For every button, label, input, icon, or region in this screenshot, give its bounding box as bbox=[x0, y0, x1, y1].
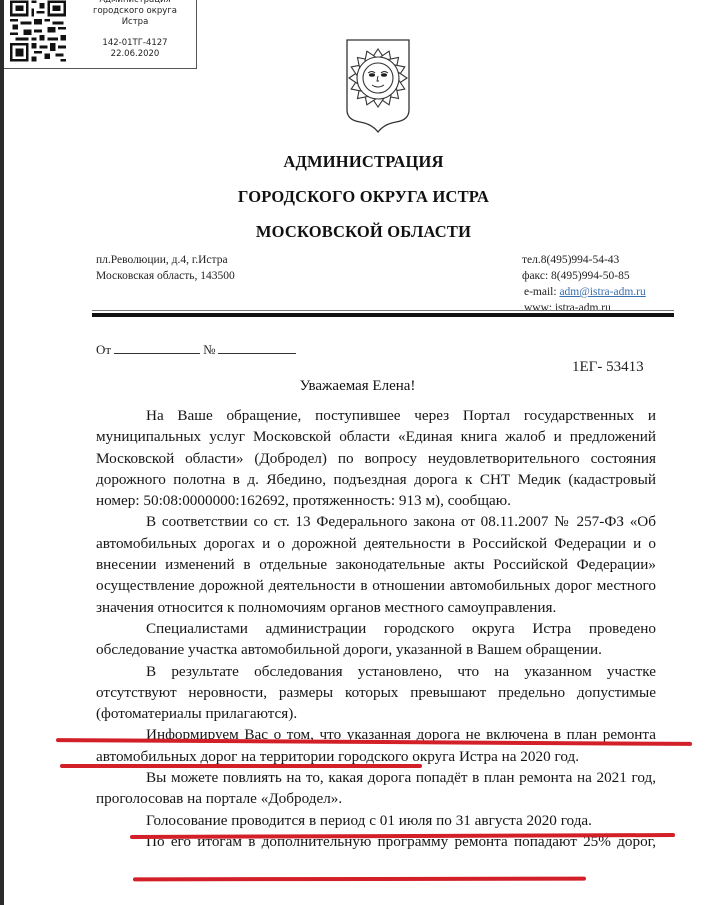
fax: факс: 8(495)994-50-85 bbox=[522, 268, 646, 284]
email-link[interactable]: adm@istra-adm.ru bbox=[559, 286, 645, 298]
address-line-2: Московская область, 143500 bbox=[96, 268, 235, 284]
phone: тел.8(495)994-54-43 bbox=[522, 252, 646, 268]
paragraph: На Ваше обращение, поступившее через Пор… bbox=[96, 405, 656, 511]
header-divider-thin bbox=[92, 310, 674, 311]
from-label: От bbox=[96, 342, 111, 357]
highlight-underline bbox=[133, 877, 586, 882]
email-label: e-mail: bbox=[524, 286, 559, 298]
org-title-line-1: АДМИНИСТРАЦИЯ bbox=[6, 152, 715, 172]
date-blank bbox=[114, 342, 200, 354]
header-divider bbox=[92, 313, 674, 317]
postal-address: пл.Революции, д.4, г.Истра Московская об… bbox=[96, 252, 235, 284]
contacts-block: тел.8(495)994-54-43 факс: 8(495)994-50-8… bbox=[522, 252, 646, 316]
scan-edge bbox=[0, 0, 4, 905]
greeting: Уважаемая Елена! bbox=[0, 378, 715, 395]
paragraph: В результате обследования установлено, ч… bbox=[96, 661, 656, 725]
org-title-line-3: МОСКОВСКОЙ ОБЛАСТИ bbox=[6, 222, 715, 242]
email-row: e-mail: adm@istra-adm.ru bbox=[522, 284, 646, 300]
address-line-1: пл.Революции, д.4, г.Истра bbox=[96, 252, 235, 268]
qr-code-icon bbox=[10, 0, 66, 62]
highlight-underline bbox=[60, 764, 422, 768]
coat-of-arms-icon bbox=[344, 36, 412, 136]
number-blank bbox=[218, 342, 296, 354]
org-title-line-2: ГОРОДСКОГО ОКРУГА ИСТРА bbox=[6, 187, 715, 207]
stamp-org-line: Истра bbox=[76, 17, 194, 28]
registration-stamp: Администрация городского округа Истра 14… bbox=[4, 0, 197, 69]
outgoing-ref-line: От№ bbox=[96, 342, 299, 358]
stamp-number: 142-01ТГ-4127 bbox=[76, 38, 194, 49]
paragraph: Голосование проводится в период с 01 июл… bbox=[96, 810, 656, 831]
stamp-org-line: городского округа bbox=[76, 6, 194, 17]
stamp-text: Администрация городского округа Истра 14… bbox=[76, 0, 194, 60]
paragraph: В соответствии со ст. 13 Федерального за… bbox=[96, 511, 656, 617]
stamp-date: 22.06.2020 bbox=[76, 49, 194, 60]
paragraph: Вы можете повлиять на то, какая дорога п… bbox=[96, 767, 656, 810]
letter-body: На Ваше обращение, поступившее через Пор… bbox=[96, 405, 656, 852]
paragraph: Информируем Вас о том, что указанная дор… bbox=[96, 724, 656, 767]
number-label: № bbox=[203, 342, 215, 357]
registration-number: 1ЕГ- 53413 bbox=[572, 359, 644, 376]
paragraph: Специалистами администрации городского о… bbox=[96, 618, 656, 661]
